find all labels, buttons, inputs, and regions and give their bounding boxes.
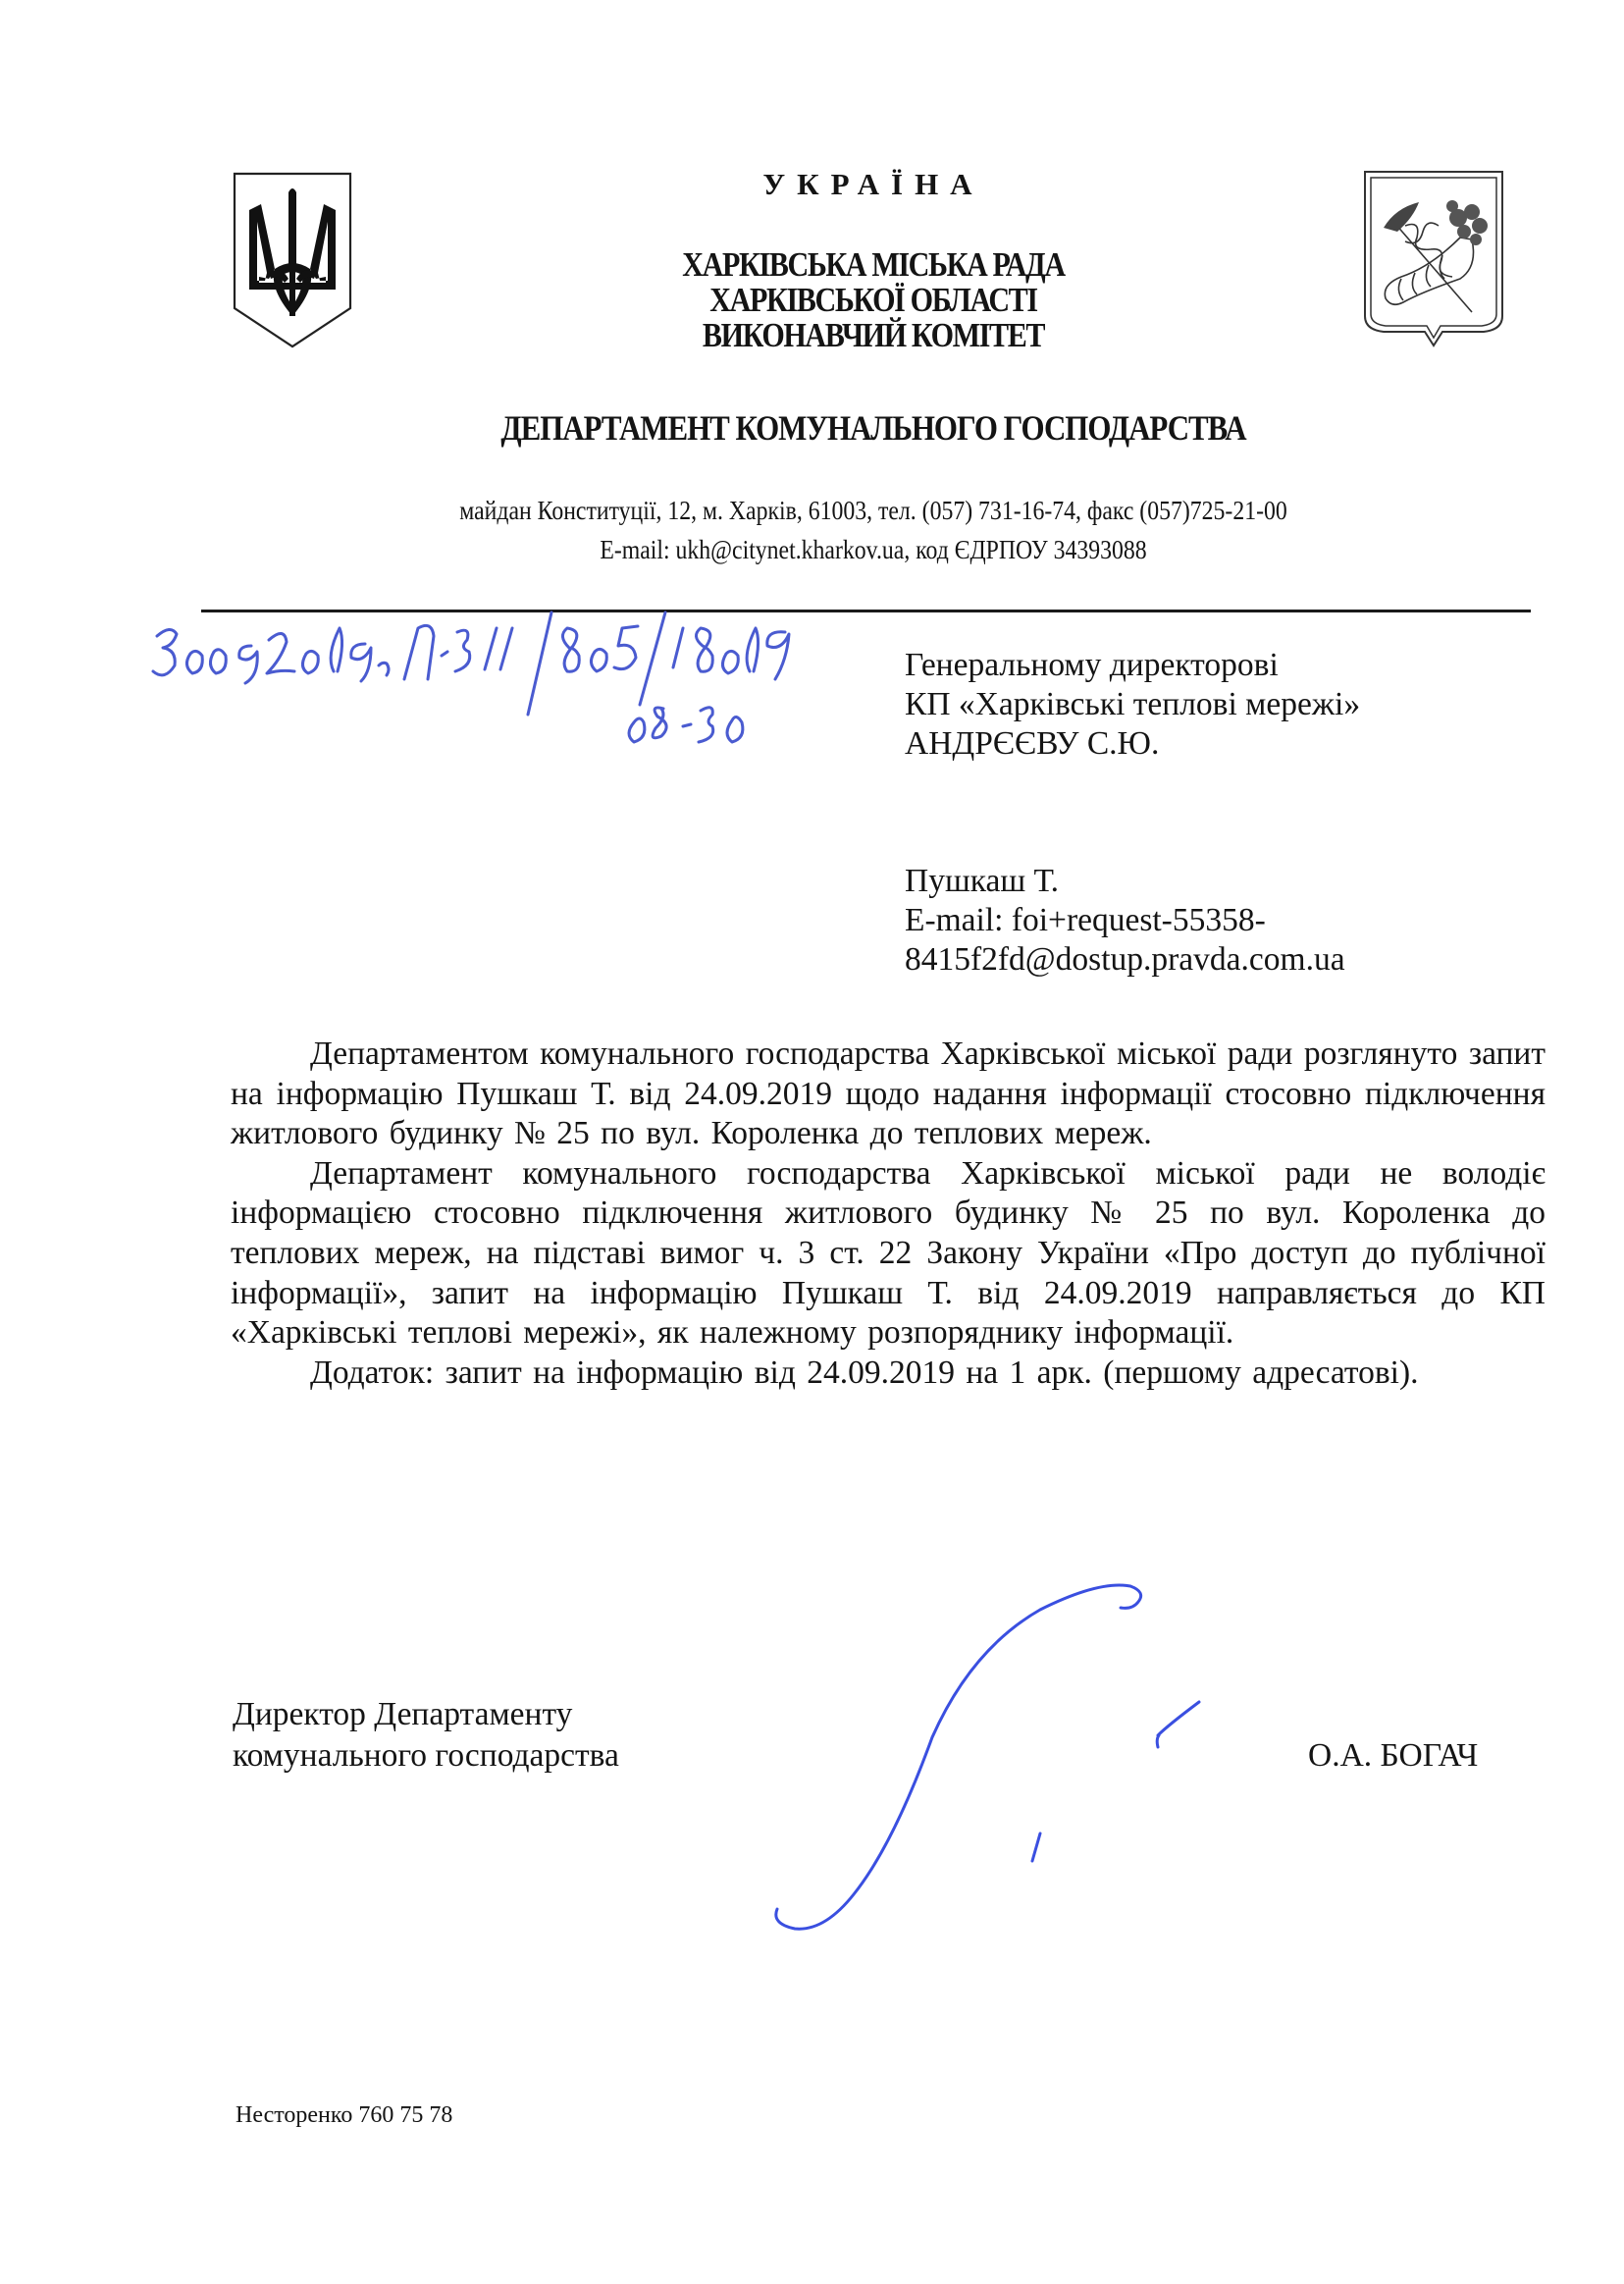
recipient-line: Генеральному директорові — [905, 646, 1360, 685]
handwritten-signature — [746, 1570, 1256, 1963]
signatory-title-line: комунального господарства — [233, 1735, 619, 1777]
address-line: майдан Конституції, 12, м. Харків, 61003… — [364, 491, 1383, 530]
council-heading: ХАРКІВСЬКА МІСЬКА РАДА ХАРКІВСЬКОЇ ОБЛАС… — [595, 247, 1152, 353]
department-heading: ДЕПАРТАМЕНТ КОМУНАЛЬНОГО ГОСПОДАРСТВА — [376, 408, 1372, 448]
recipient-line: КП «Харківські теплові мережі» — [905, 685, 1360, 724]
recipient-line: Пушкаш Т. — [905, 862, 1345, 901]
body-paragraph: Департаментом комунального господарства … — [231, 1035, 1545, 1154]
body-paragraph: Департамент комунального господарства Ха… — [231, 1154, 1545, 1354]
kharkiv-city-coat-of-arms-icon — [1362, 169, 1505, 349]
recipient-line: АНДРЄЄВУ С.Ю. — [905, 724, 1360, 764]
signatory-title-line: Директор Департаменту — [233, 1694, 619, 1735]
recipient-main: Генеральному директорові КП «Харківські … — [905, 646, 1360, 764]
email-code-line: E-mail: ukh@citynet.kharkov.ua, код ЄДРП… — [364, 530, 1383, 569]
recipient-requester: Пушкаш Т. E-mail: foi+request-55358- 841… — [905, 862, 1345, 980]
council-line: ХАРКІВСЬКОЇ ОБЛАСТІ — [595, 283, 1152, 318]
executor-contact: Несторенко 760 75 78 — [236, 2100, 452, 2130]
signatory-name: О.А. БОГАЧ — [1308, 1735, 1478, 1777]
country-heading: УКРАЇНА — [550, 167, 1197, 202]
council-line: ХАРКІВСЬКА МІСЬКА РАДА — [595, 247, 1152, 283]
contact-info: майдан Конституції, 12, м. Харків, 61003… — [364, 491, 1383, 569]
letter-body: Департаментом комунального господарства … — [231, 1035, 1545, 1393]
council-line: ВИКОНАВЧИЙ КОМІТЕТ — [595, 318, 1152, 353]
body-paragraph: Додаток: запит на інформацію від 24.09.2… — [231, 1354, 1545, 1394]
signatory-title: Директор Департаменту комунального госпо… — [233, 1694, 619, 1777]
recipient-line: 8415f2fd@dostup.pravda.com.ua — [905, 940, 1345, 980]
recipient-line: E-mail: foi+request-55358- — [905, 901, 1345, 940]
ukraine-trident-coat-of-arms-icon — [232, 171, 353, 349]
handwritten-registration-number — [147, 607, 903, 754]
